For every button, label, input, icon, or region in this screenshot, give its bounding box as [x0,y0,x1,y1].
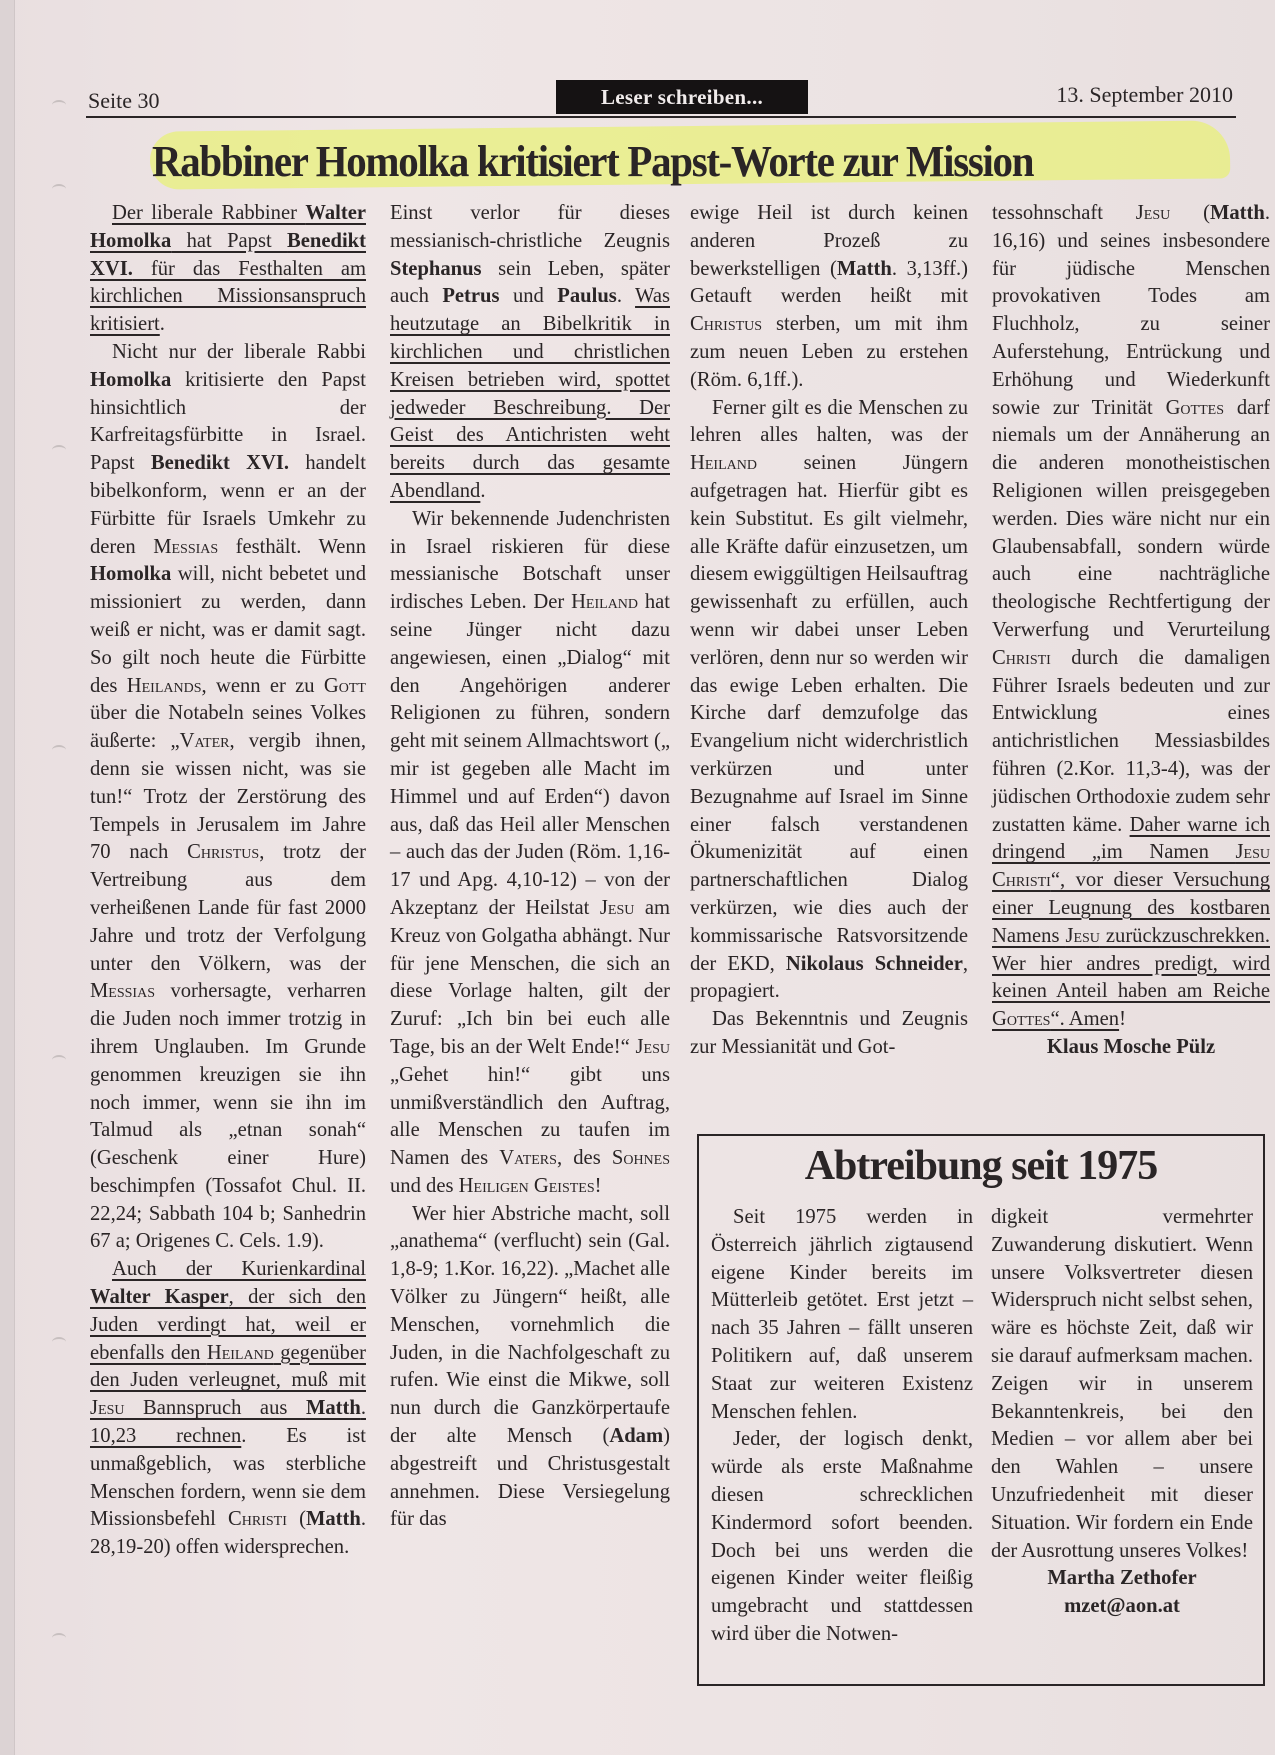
paragraph: ewige Heil ist durch keinen anderen Proz… [690,200,968,395]
paragraph: Ferner gilt es die Menschen zu lehren al… [690,395,968,1007]
punch-hole-mark [52,100,66,110]
paragraph: digkeit vermehrter Zuwanderung diskutier… [991,1204,1253,1565]
paragraph: Der liberale Rabbiner Walter Homolka hat… [90,200,366,339]
issue-date: 13. September 2010 [1056,82,1233,108]
article-column-4: tessohnschaft Jesu (Matth. 16,16) und se… [992,200,1270,1062]
newspaper-page: Seite 30 Leser schreiben... 13. Septembe… [0,0,1275,1755]
punch-hole-mark [52,745,66,755]
punch-hole-mark [52,445,66,455]
box-column-2: digkeit vermehrter Zuwanderung diskutier… [991,1204,1253,1621]
author-signature: Klaus Mosche Pülz [992,1034,1270,1062]
author-email: mzet@aon.at [991,1593,1253,1621]
article-column-2: Einst verlor für dieses messianisch-chri… [390,200,670,1534]
paragraph: Nicht nur der liberale Rabbi Homolka kri… [90,339,366,1256]
article-column-3: ewige Heil ist durch keinen anderen Proz… [690,200,968,1062]
punch-hole-mark [52,1337,66,1347]
paragraph: Auch der Kurienkardinal Walter Kasper, d… [90,1256,366,1562]
header-rule [86,116,1236,118]
box-column-1: Seit 1975 werden in Österreich jährlich … [711,1204,973,1649]
paragraph: tessohnschaft Jesu (Matth. 16,16) und se… [992,200,1270,1034]
punch-hole-mark [52,1055,66,1065]
paragraph: Wir bekennende Judenchristen in Israel r… [390,506,670,1201]
sidebar-letter-box: Abtreibung seit 1975 Seit 1975 werden in… [697,1134,1265,1686]
paragraph: Wer hier Abstriche macht, soll „anathema… [390,1201,670,1535]
box-headline: Abtreibung seit 1975 [699,1142,1263,1190]
paragraph: Jeder, der logisch denkt, würde als erst… [711,1426,973,1648]
paper-edge [0,0,15,1755]
section-badge: Leser schreiben... [556,80,808,114]
author-signature: Martha Zethofer [991,1565,1253,1593]
page-number: Seite 30 [88,88,160,114]
punch-hole-mark [52,1633,66,1643]
paragraph: Seit 1975 werden in Österreich jährlich … [711,1204,973,1426]
paragraph: Einst verlor für dieses messianisch-chri… [390,200,670,506]
article-column-1: Der liberale Rabbiner Walter Homolka hat… [90,200,366,1562]
article-headline: Rabbiner Homolka kritisiert Papst-Worte … [152,136,1033,187]
punch-hole-mark [52,184,66,194]
paragraph: Das Bekenntnis und Zeugnis zur Messianit… [690,1006,968,1062]
